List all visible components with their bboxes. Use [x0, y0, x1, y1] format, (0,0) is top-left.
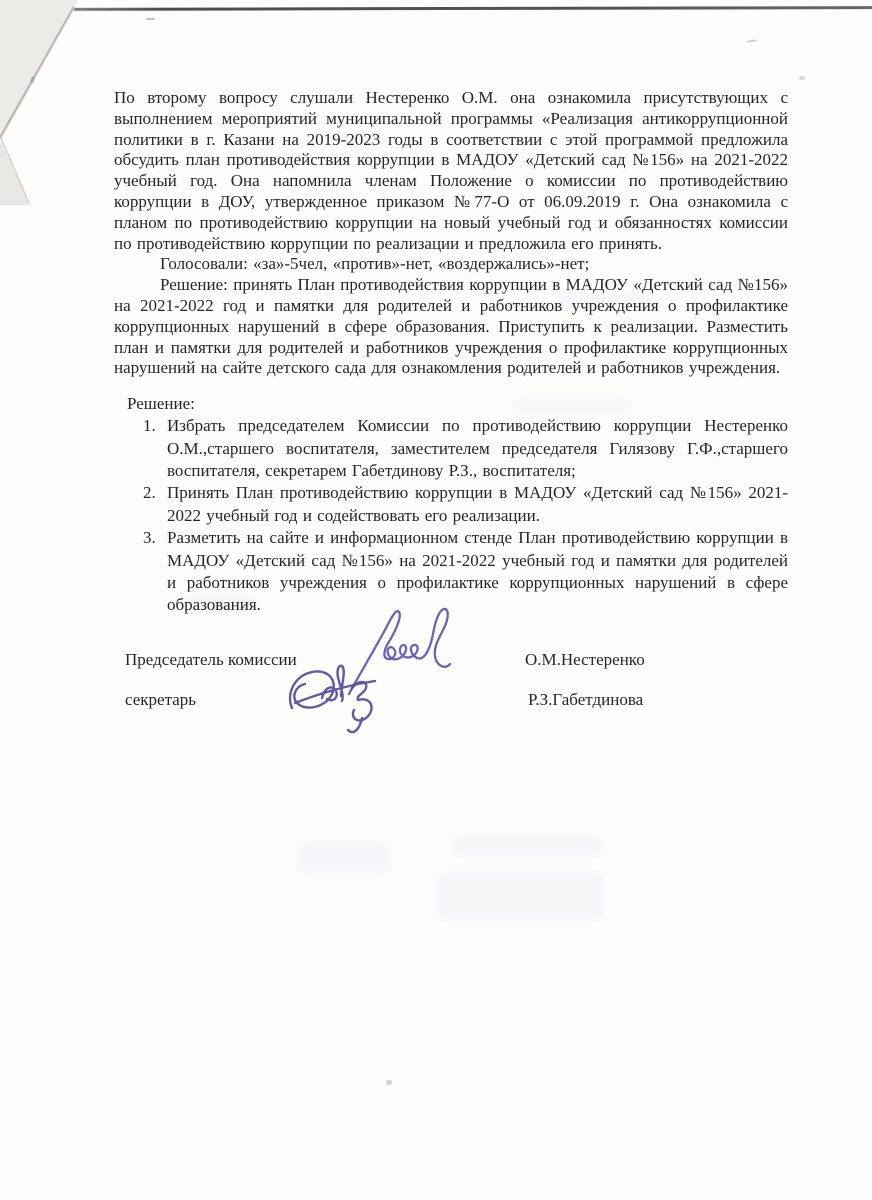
bleed-through-artifact [452, 836, 602, 856]
decision-paragraph: Решение: принять План противодействия ко… [114, 275, 788, 379]
item-text: Принять План противодействию коррупции в… [167, 482, 788, 527]
scanned-document-page: По второму вопросу слушали Нестеренко О.… [0, 0, 872, 1200]
scan-speck [799, 76, 805, 80]
signature-name-secretary: Р.З.Габетдинова [528, 690, 643, 710]
signature-name-chairman: О.М.Нестеренко [525, 650, 645, 670]
bleed-through-artifact [438, 872, 603, 920]
scan-speck [146, 18, 155, 20]
item-text: Избрать председателем Комиссии по против… [167, 415, 788, 482]
item-number: 3. [143, 527, 167, 617]
folded-corner-artifact [0, 0, 95, 210]
resolution-item-2: 2. Принять План противодействию коррупци… [143, 482, 788, 527]
signature-role-chairman: Председатель комиссии [125, 650, 297, 670]
item-number: 1. [143, 415, 167, 482]
handwritten-signatures [278, 582, 478, 752]
resolution-heading: Решение: [127, 393, 788, 415]
scan-speck [747, 39, 757, 42]
secretary-signature-ink [290, 666, 375, 732]
bleed-through-artifact [298, 842, 390, 872]
document-body: По второму вопросу слушали Нестеренко О.… [114, 88, 788, 617]
item-number: 2. [143, 482, 167, 527]
resolution-item-1: 1. Избрать председателем Комиссии по про… [143, 415, 788, 482]
scanner-edge-shadow [64, 6, 872, 11]
signature-role-secretary: секретарь [125, 690, 196, 710]
paragraph-main: По второму вопросу слушали Нестеренко О.… [114, 88, 788, 254]
voting-line: Голосовали: «за»-5чел, «против»-нет, «во… [114, 254, 788, 275]
scan-speck [386, 1080, 392, 1085]
